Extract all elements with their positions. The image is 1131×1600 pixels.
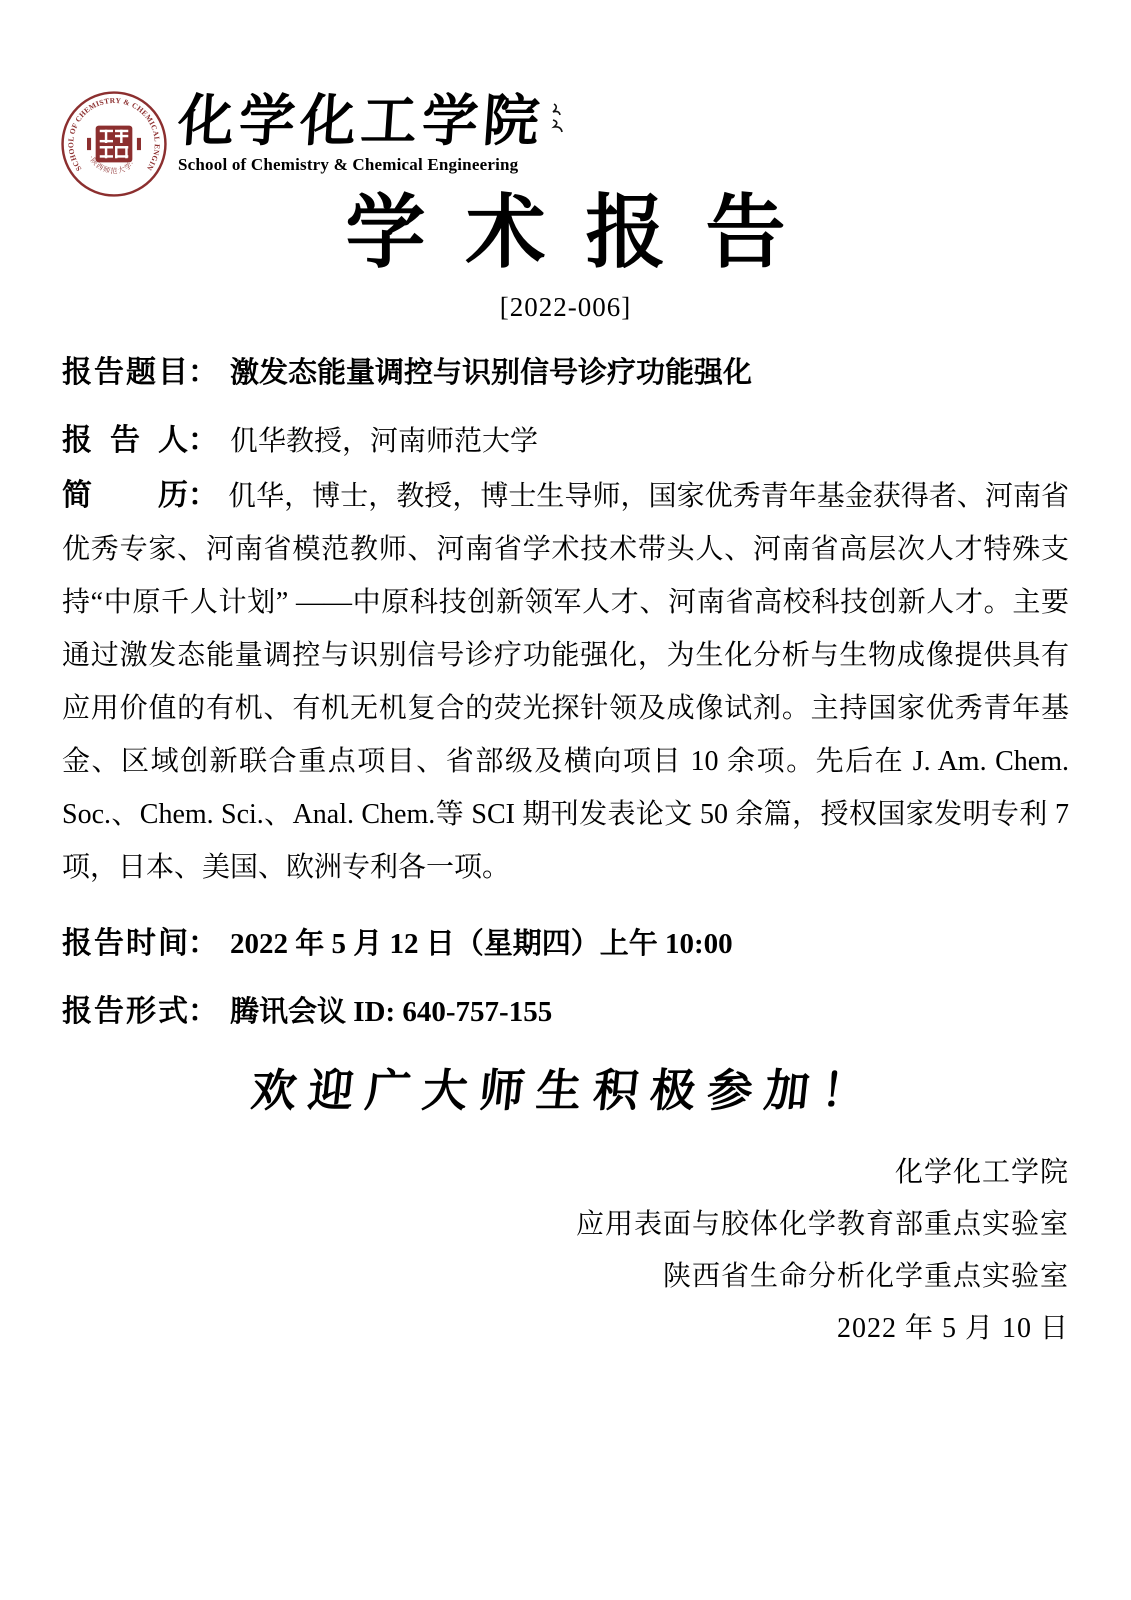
school-name-en: School of Chemistry & Chemical Engineeri… bbox=[178, 155, 564, 175]
calligraphy-signature-mark bbox=[550, 102, 564, 136]
school-name-cn: 化学化工学院 bbox=[176, 92, 546, 154]
welcome-line: 欢迎广大师生积极参加！ bbox=[59, 1054, 1073, 1119]
field-speaker-colon: ： bbox=[188, 415, 218, 459]
field-speaker: 报告人： 仉华教授，河南师范大学 bbox=[62, 415, 1069, 459]
bio-text: 仉华，博士，教授，博士生导师，国家优秀青年基金获得者、河南省优秀专家、河南省模范… bbox=[62, 481, 1069, 883]
field-speaker-label: 报告人 bbox=[62, 415, 188, 459]
field-topic-value: 激发态能量调控与识别信号诊疗功能强化 bbox=[230, 350, 752, 391]
school-logo: SCHOOL OF CHEMISTRY & CHEMICAL ENGINEERI… bbox=[60, 90, 564, 198]
footer-line-lab1: 应用表面与胶体化学教育部重点实验室 bbox=[62, 1199, 1069, 1251]
announcement-number: [2022-006] bbox=[62, 292, 1069, 323]
footer-line-college: 化学化工学院 bbox=[62, 1147, 1069, 1199]
field-bio-label: 简历 bbox=[62, 469, 188, 522]
bio-paragraph: 简历：仉华，博士，教授，博士生导师，国家优秀青年基金获得者、河南省优秀专家、河南… bbox=[62, 469, 1069, 894]
field-topic: 报告题目： 激发态能量调控与识别信号诊疗功能强化 bbox=[62, 347, 1069, 391]
field-format-label: 报告形式 bbox=[62, 986, 188, 1030]
field-topic-colon: ： bbox=[188, 347, 218, 391]
announcement-page: SCHOOL OF CHEMISTRY & CHEMICAL ENGINEERI… bbox=[0, 0, 1131, 1600]
field-format-colon: ： bbox=[188, 986, 218, 1030]
footer-block: 化学化工学院 应用表面与胶体化学教育部重点实验室 陕西省生命分析化学重点实验室 … bbox=[62, 1147, 1069, 1355]
field-format-value: 腾讯会议 ID: 640-757-155 bbox=[230, 989, 552, 1030]
field-time-label: 报告时间 bbox=[62, 918, 188, 962]
field-time: 报告时间： 2022 年 5 月 12 日（星期四）上午 10:00 bbox=[62, 918, 1069, 962]
seal-center-emblem bbox=[96, 126, 133, 163]
field-time-value: 2022 年 5 月 12 日（星期四）上午 10:00 bbox=[230, 921, 733, 962]
footer-line-date: 2022 年 5 月 10 日 bbox=[62, 1303, 1069, 1355]
field-time-colon: ： bbox=[188, 918, 218, 962]
page-title: 学术报告 bbox=[62, 188, 1069, 280]
school-seal-icon: SCHOOL OF CHEMISTRY & CHEMICAL ENGINEERI… bbox=[60, 90, 168, 198]
field-speaker-value: 仉华教授，河南师范大学 bbox=[230, 419, 538, 459]
field-bio-colon: ： bbox=[188, 479, 218, 512]
footer-line-lab2: 陕西省生命分析化学重点实验室 bbox=[62, 1251, 1069, 1303]
field-format: 报告形式： 腾讯会议 ID: 640-757-155 bbox=[62, 986, 1069, 1030]
field-topic-label: 报告题目 bbox=[62, 347, 188, 391]
